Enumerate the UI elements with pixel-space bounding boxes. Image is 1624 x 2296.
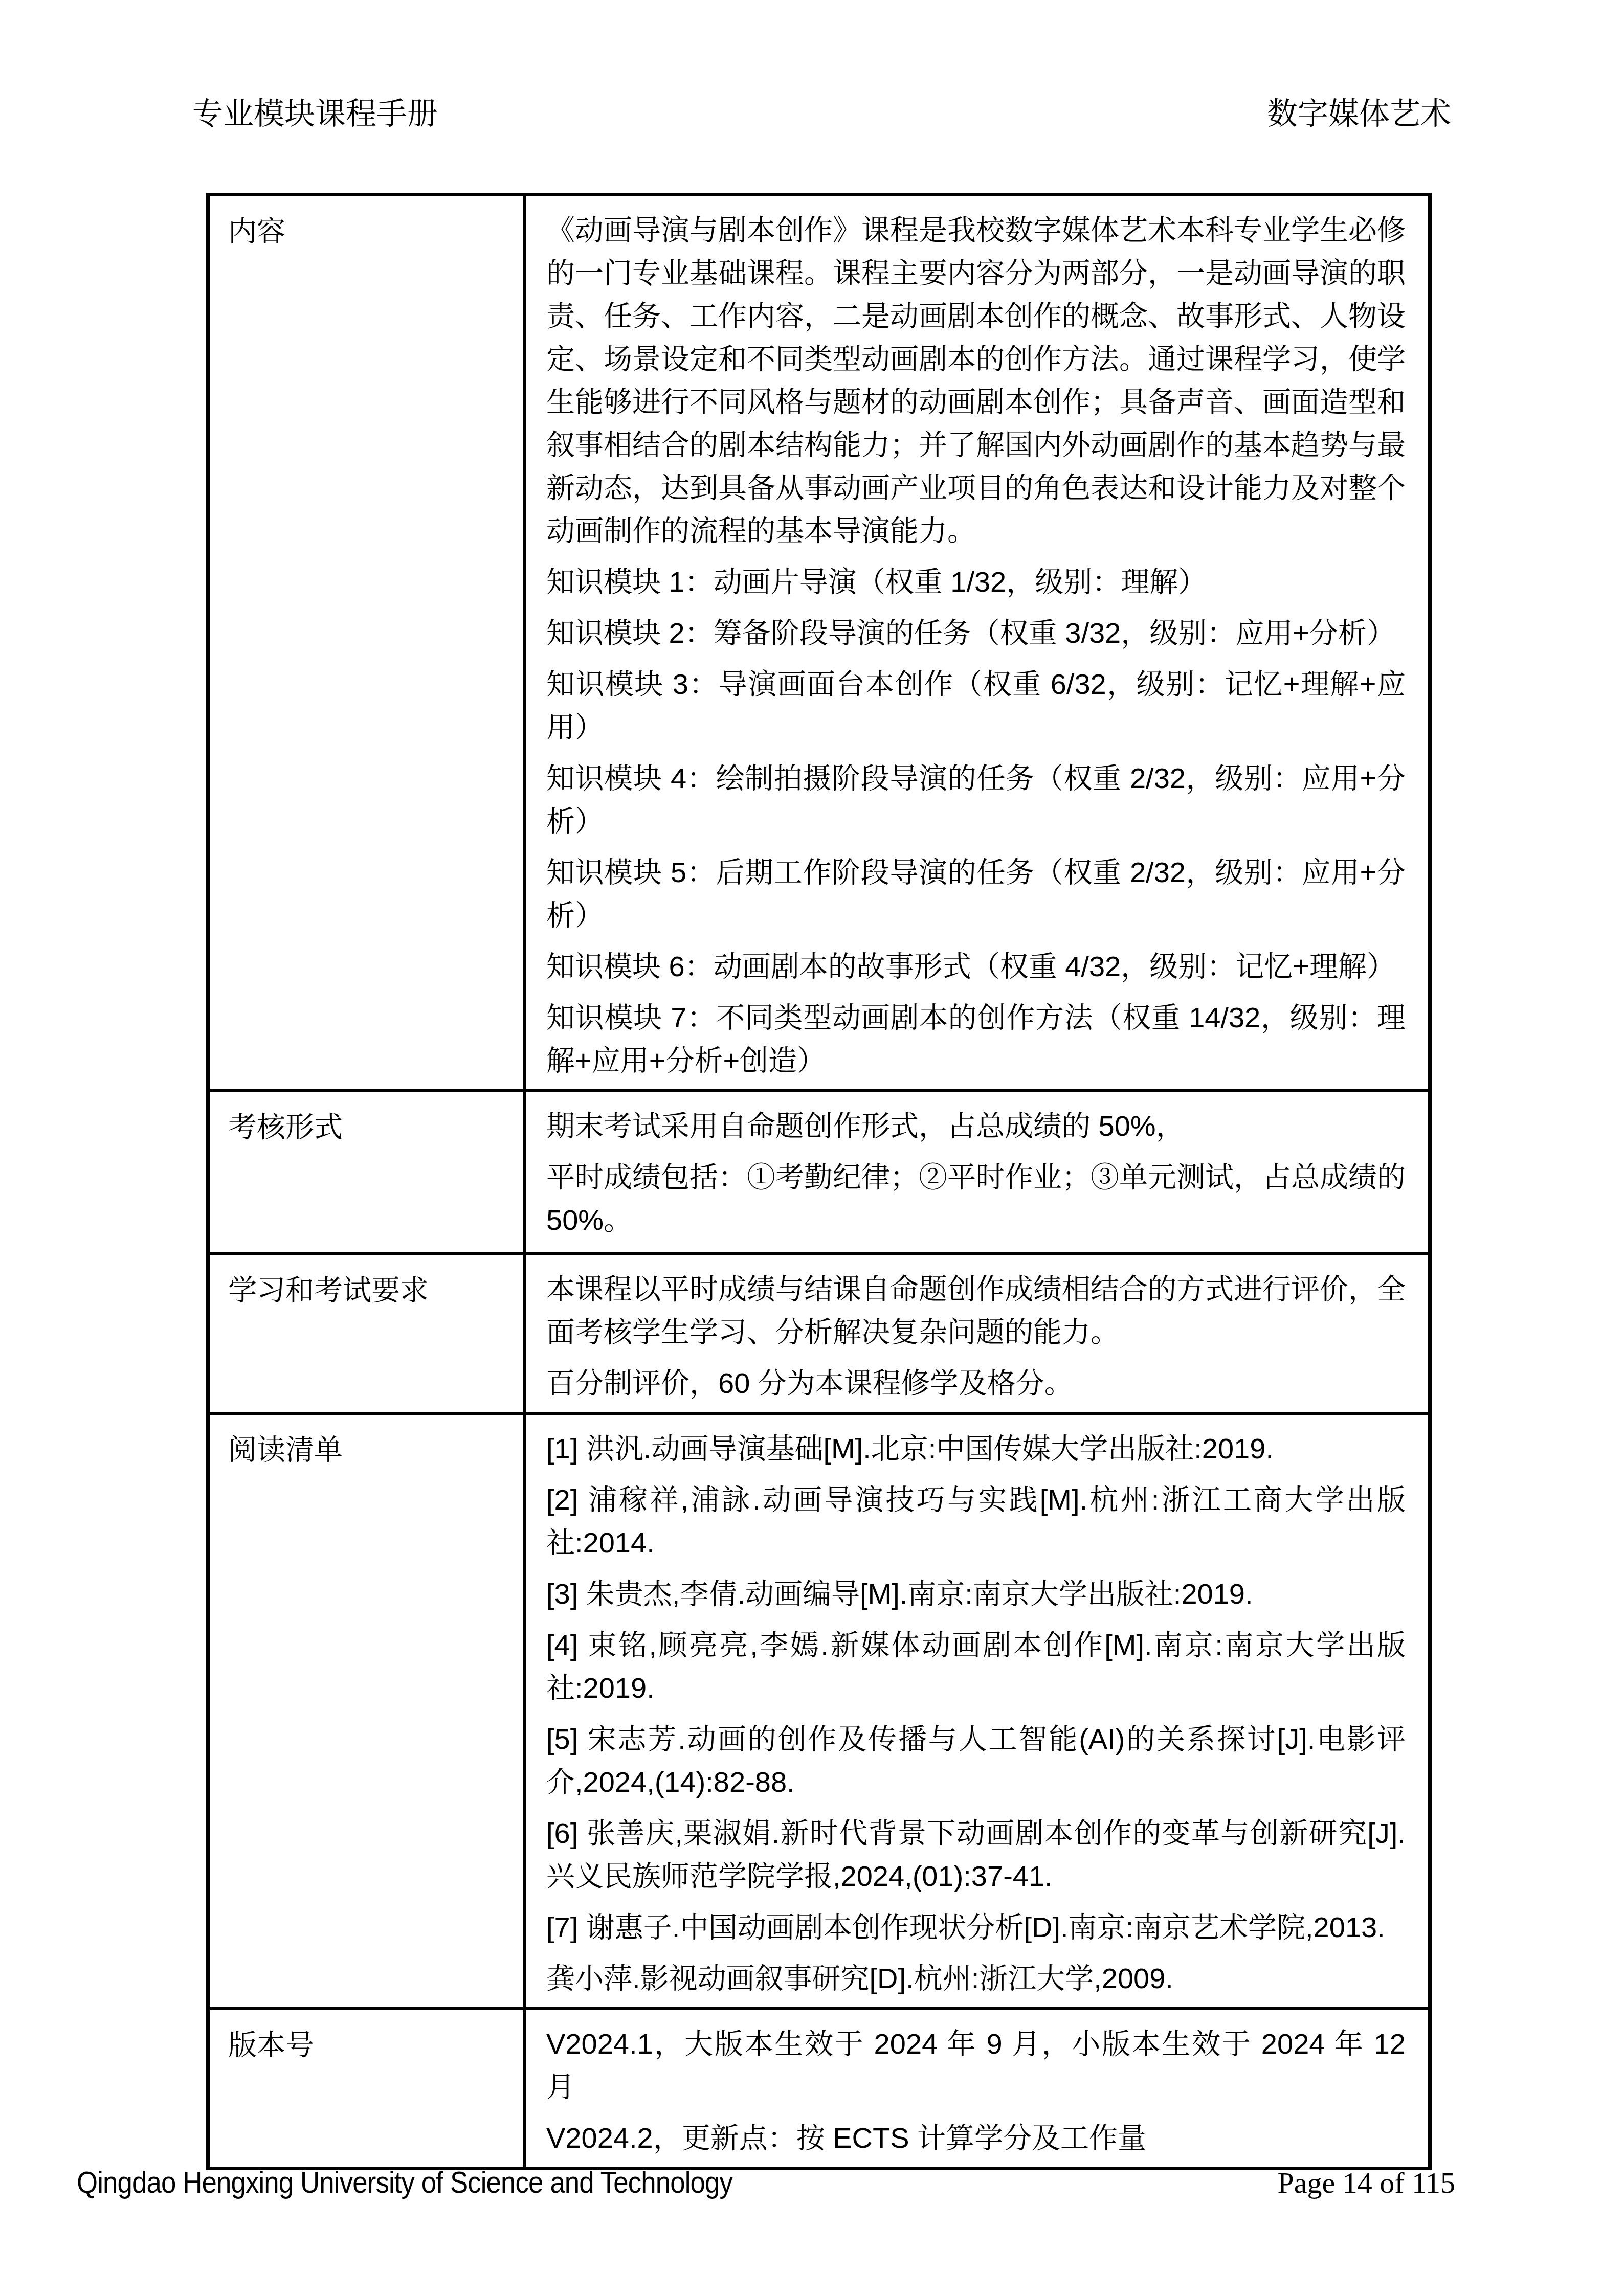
row-label-cell: 阅读清单 — [210, 1412, 526, 2007]
paragraph: [3] 朱贵杰,李倩.动画编导[M].南京:南京大学出版社:2019. — [546, 1572, 1406, 1615]
paragraph: [5] 宋志芳.动画的创作及传播与人工智能(AI)的关系探讨[J].电影评介,2… — [546, 1718, 1406, 1804]
course-table: 内容 《动画导演与剧本创作》课程是我校数字媒体艺术本科专业学生必修的一门专业基础… — [206, 193, 1432, 2170]
paragraph: 平时成绩包括：①考勤纪律；②平时作业；③单元测试，占总成绩的 50%。 — [546, 1156, 1406, 1242]
row-content: 期末考试采用自命题创作形式，占总成绩的 50%，平时成绩包括：①考勤纪律；②平时… — [526, 1089, 1428, 1252]
row-content: 《动画导演与剧本创作》课程是我校数字媒体艺术本科专业学生必修的一门专业基础课程。… — [526, 196, 1428, 1089]
paragraph: V2024.1，大版本生效于 2024 年 9 月，小版本生效于 2024 年 … — [546, 2022, 1406, 2108]
row-label: 版本号 — [228, 2023, 513, 2066]
row-label: 学习和考试要求 — [228, 1269, 513, 1312]
paragraph: [4] 束铭,顾亮亮,李嫣.新媒体动画剧本创作[M].南京:南京大学出版社:20… — [546, 1624, 1406, 1709]
row-label-cell: 学习和考试要求 — [210, 1252, 526, 1412]
page-header: 专业模块课程手册 数字媒体艺术 — [192, 96, 1451, 132]
page-footer: Qingdao Hengxing University of Science a… — [77, 2165, 1455, 2200]
paragraph: 《动画导演与剧本创作》课程是我校数字媒体艺术本科专业学生必修的一门专业基础课程。… — [546, 209, 1406, 552]
page-footer-left: Qingdao Hengxing University of Science a… — [77, 2165, 732, 2200]
paragraph: V2024.2，更新点：按 ECTS 计算学分及工作量 — [546, 2117, 1406, 2159]
paragraph: [1] 洪汎.动画导演基础[M].北京:中国传媒大学出版社:2019. — [546, 1427, 1406, 1470]
row-content: V2024.1，大版本生效于 2024 年 9 月，小版本生效于 2024 年 … — [526, 2007, 1428, 2167]
row-label: 阅读清单 — [228, 1428, 513, 1471]
paragraph: 知识模块 5：后期工作阶段导演的任务（权重 2/32，级别：应用+分析） — [546, 851, 1406, 937]
paragraph: 百分制评价，60 分为本课程修学及格分。 — [546, 1362, 1406, 1405]
row-content: 本课程以平时成绩与结课自命题创作成绩相结合的方式进行评价，全面考核学生学习、分析… — [526, 1252, 1428, 1412]
paragraph: [2] 浦稼祥,浦詠.动画导演技巧与实践[M].杭州:浙江工商大学出版社:201… — [546, 1478, 1406, 1564]
paragraph: 本课程以平时成绩与结课自命题创作成绩相结合的方式进行评价，全面考核学生学习、分析… — [546, 1268, 1406, 1354]
row-label-cell: 内容 — [210, 196, 526, 1089]
row-label: 考核形式 — [228, 1106, 513, 1149]
paragraph: 龚小萍.影视动画叙事研究[D].杭州:浙江大学,2009. — [546, 1957, 1406, 2000]
paragraph: 期末考试采用自命题创作形式，占总成绩的 50%， — [546, 1105, 1406, 1147]
paragraph: 知识模块 7：不同类型动画剧本的创作方法（权重 14/32，级别：理解+应用+分… — [546, 996, 1406, 1082]
page-footer-right: Page 14 of 115 — [1278, 2166, 1455, 2200]
paragraph: 知识模块 2：筹备阶段导演的任务（权重 3/32，级别：应用+分析） — [546, 612, 1406, 655]
paragraph: [6] 张善庆,栗淑娟.新时代背景下动画剧本创作的变革与创新研究[J].兴义民族… — [546, 1812, 1406, 1898]
paragraph: 知识模块 6：动画剧本的故事形式（权重 4/32，级别：记忆+理解） — [546, 945, 1406, 988]
page-header-left: 专业模块课程手册 — [192, 96, 438, 132]
paragraph: [7] 谢惠子.中国动画剧本创作现状分析[D].南京:南京艺术学院,2013. — [546, 1906, 1406, 1949]
row-content: [1] 洪汎.动画导演基础[M].北京:中国传媒大学出版社:2019.[2] 浦… — [526, 1412, 1428, 2007]
paragraph: 知识模块 4：绘制拍摄阶段导演的任务（权重 2/32，级别：应用+分析） — [546, 757, 1406, 843]
paragraph: 知识模块 1：动画片导演（权重 1/32，级别：理解） — [546, 560, 1406, 603]
page-header-right: 数字媒体艺术 — [1267, 96, 1451, 132]
row-label-cell: 考核形式 — [210, 1089, 526, 1252]
row-label-cell: 版本号 — [210, 2007, 526, 2167]
paragraph: 知识模块 3：导演画面台本创作（权重 6/32，级别：记忆+理解+应用） — [546, 663, 1406, 749]
row-label: 内容 — [228, 210, 513, 253]
